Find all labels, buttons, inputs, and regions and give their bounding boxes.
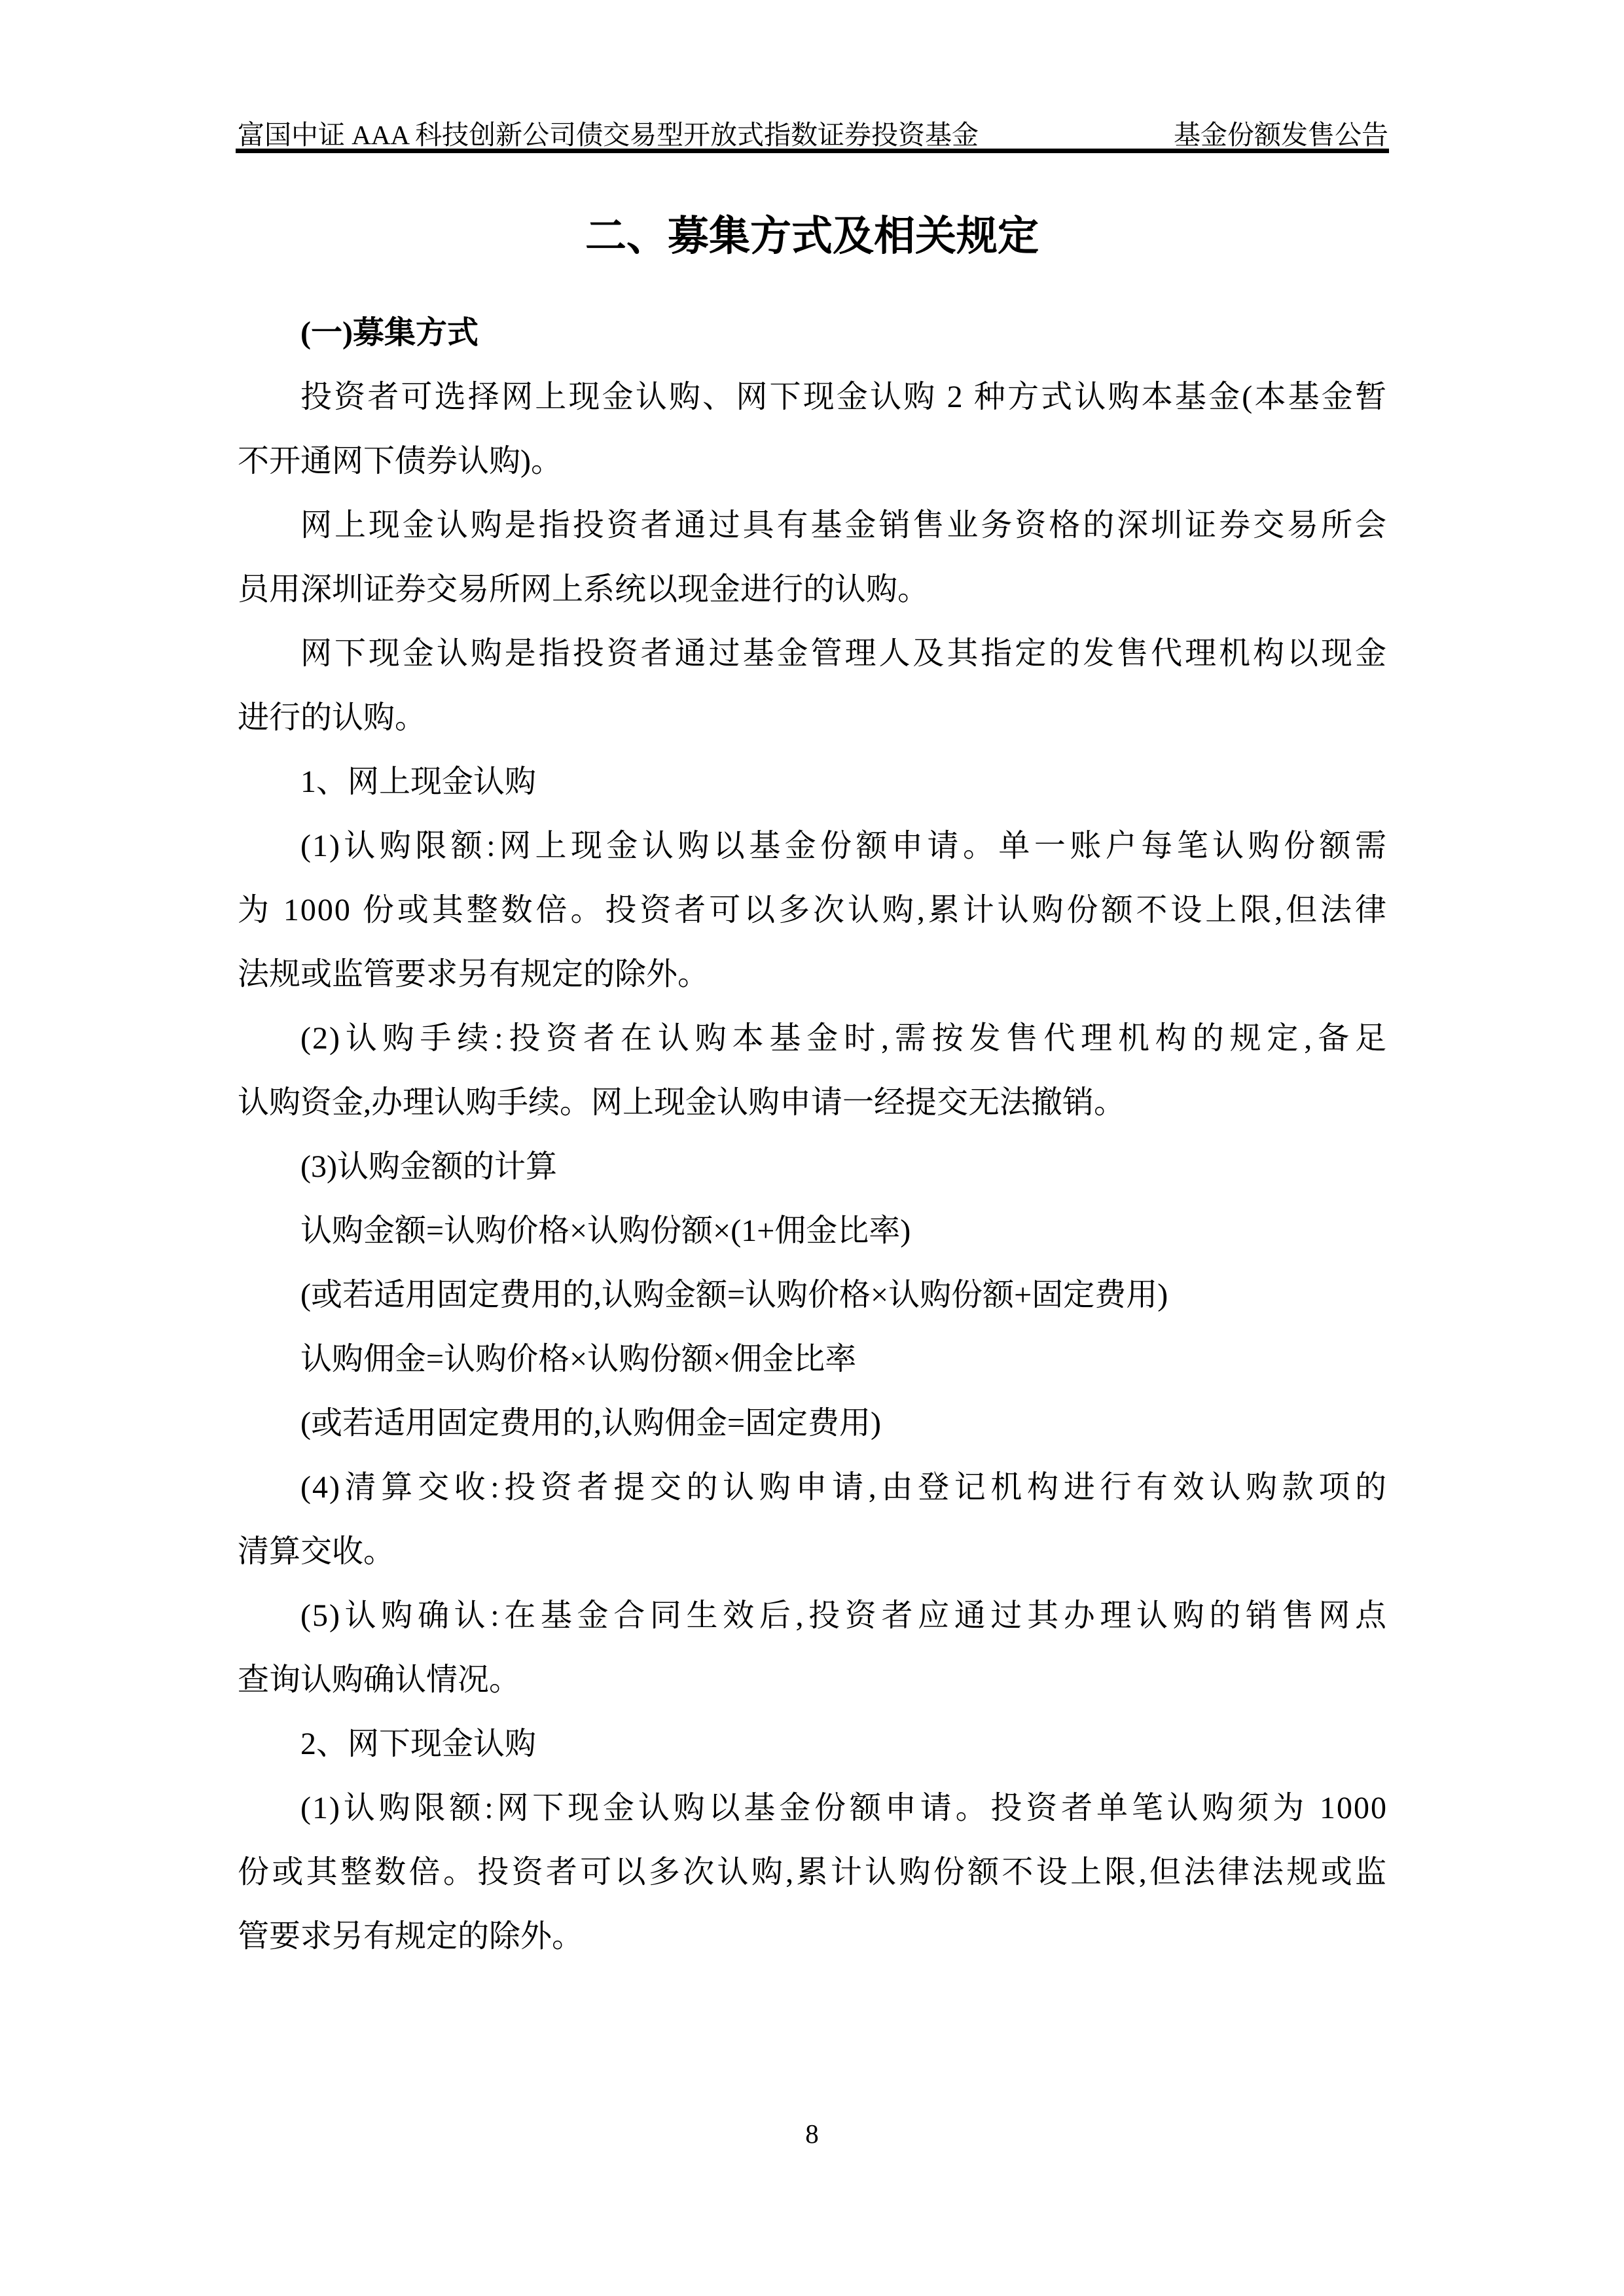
- body-line: 进行的认购。: [238, 686, 1388, 750]
- formula-line: 认购金额=认购价格×认购份额×(1+佣金比率): [238, 1199, 1388, 1263]
- page-number: 8: [805, 2119, 819, 2149]
- body-line: 认购资金,办理认购手续。网上现金认购申请一经提交无法撤销。: [238, 1071, 1388, 1135]
- formula-line: (或若适用固定费用的,认购金额=认购价格×认购份额+固定费用): [238, 1263, 1388, 1327]
- body-line: 为 1000 份或其整数倍。投资者可以多次认购,累计认购份额不设上限,但法律: [238, 878, 1388, 942]
- body-line: (1)认购限额:网下现金认购以基金份额申请。投资者单笔认购须为 1000: [238, 1776, 1388, 1840]
- header-fund-name: 富国中证 AAA 科技创新公司债交易型开放式指数证券投资基金: [238, 119, 979, 151]
- body-line: (4)清算交收:投资者提交的认购申请,由登记机构进行有效认购款项的: [238, 1456, 1388, 1520]
- body-line: (3)认购金额的计算: [238, 1135, 1388, 1199]
- subsection-heading: (一)募集方式: [238, 301, 1388, 365]
- body-line: 不开通网下债券认购)。: [238, 429, 1388, 493]
- body-line: 管要求另有规定的除外。: [238, 1905, 1388, 1969]
- body-line: (1)认购限额:网上现金认购以基金份额申请。单一账户每笔认购份额需: [238, 814, 1388, 878]
- list-heading: 1、网上现金认购: [238, 750, 1388, 814]
- section-title: 二、募集方式及相关规定: [0, 213, 1624, 260]
- document-body: (一)募集方式 投资者可选择网上现金认购、网下现金认购 2 种方式认购本基金(本…: [238, 301, 1388, 1969]
- header-doc-type: 基金份额发售公告: [1174, 119, 1388, 151]
- body-line: 网上现金认购是指投资者通过具有基金销售业务资格的深圳证券交易所会: [238, 493, 1388, 558]
- body-line: 投资者可选择网上现金认购、网下现金认购 2 种方式认购本基金(本基金暂: [238, 365, 1388, 429]
- formula-line: (或若适用固定费用的,认购佣金=固定费用): [238, 1391, 1388, 1456]
- document-page: 富国中证 AAA 科技创新公司债交易型开放式指数证券投资基金 基金份额发售公告 …: [0, 0, 1624, 2296]
- list-heading: 2、网下现金认购: [238, 1712, 1388, 1776]
- body-line: (2)认购手续:投资者在认购本基金时,需按发售代理机构的规定,备足: [238, 1007, 1388, 1071]
- body-line: 员用深圳证券交易所网上系统以现金进行的认购。: [238, 558, 1388, 622]
- header-rule: [236, 149, 1389, 153]
- body-line: 法规或监管要求另有规定的除外。: [238, 942, 1388, 1007]
- body-line: 份或其整数倍。投资者可以多次认购,累计认购份额不设上限,但法律法规或监: [238, 1840, 1388, 1905]
- page-footer: 8: [0, 2118, 1624, 2150]
- formula-line: 认购佣金=认购价格×认购份额×佣金比率: [238, 1327, 1388, 1391]
- body-line: 清算交收。: [238, 1520, 1388, 1584]
- body-line: (5)认购确认:在基金合同生效后,投资者应通过其办理认购的销售网点: [238, 1584, 1388, 1648]
- body-line: 查询认购确认情况。: [238, 1648, 1388, 1712]
- body-line: 网下现金认购是指投资者通过基金管理人及其指定的发售代理机构以现金: [238, 622, 1388, 686]
- page-header: 富国中证 AAA 科技创新公司债交易型开放式指数证券投资基金 基金份额发售公告: [238, 119, 1388, 151]
